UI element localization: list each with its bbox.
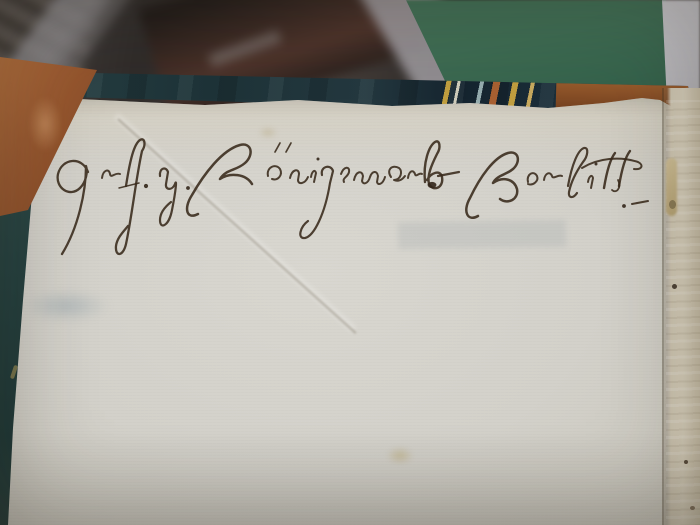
ink-speck <box>672 284 677 289</box>
photo-book-inside-cover: Grf. v. Königsmarck-Berlitt. <box>0 0 700 525</box>
handwriting-strokes <box>42 116 652 311</box>
dirt-speck <box>690 506 695 510</box>
dirt-speck <box>684 460 688 464</box>
glue-spot <box>669 200 676 209</box>
handwriting-inscription: Grf. v. Königsmarck-Berlitt. <box>42 116 652 311</box>
yellow-stain <box>386 446 414 465</box>
